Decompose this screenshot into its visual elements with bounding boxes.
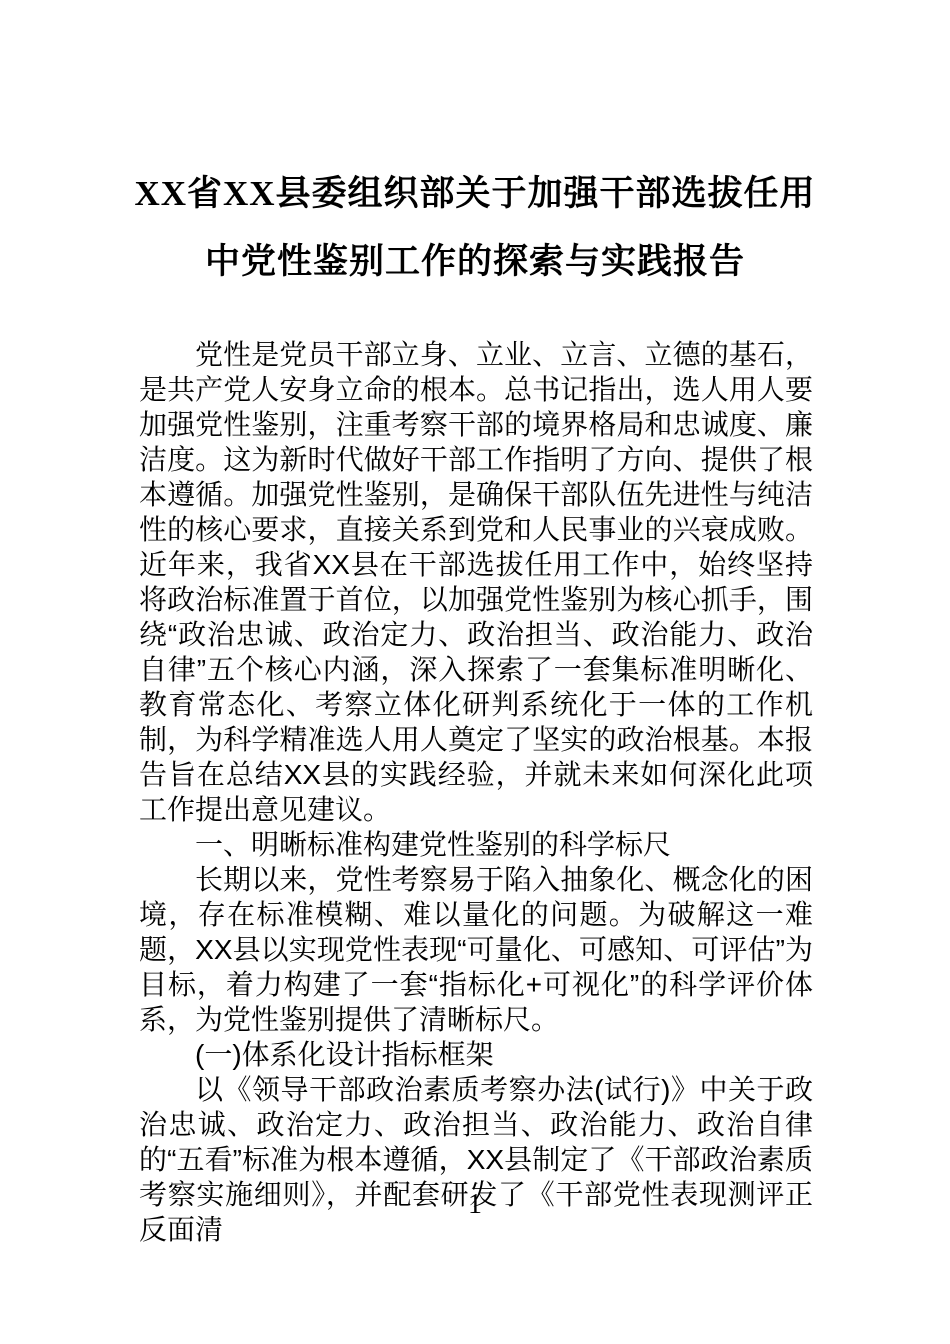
paragraph-intro: 党性是党员干部立身、立业、立言、立德的基石，是共产党人安身立命的根本。总书记指出… — [139, 337, 813, 827]
section-heading-1: 一、明晰标准构建党性鉴别的科学标尺 — [139, 827, 813, 862]
page-number: 1 — [0, 1189, 950, 1221]
paragraph-section-1-intro: 长期以来，党性考察易于陷入抽象化、概念化的困境，存在标准模糊、难以量化的问题。为… — [139, 862, 813, 1037]
document-body: 党性是党员干部立身、立业、立言、立德的基石，是共产党人安身立命的根本。总书记指出… — [139, 337, 813, 1247]
document-title: XX省XX县委组织部关于加强干部选拔任用中党性鉴别工作的探索与实践报告 — [125, 160, 825, 296]
subsection-heading-1-1: (一)体系化设计指标框架 — [139, 1037, 813, 1072]
document-page: XX省XX县委组织部关于加强干部选拔任用中党性鉴别工作的探索与实践报告 党性是党… — [0, 0, 950, 1344]
